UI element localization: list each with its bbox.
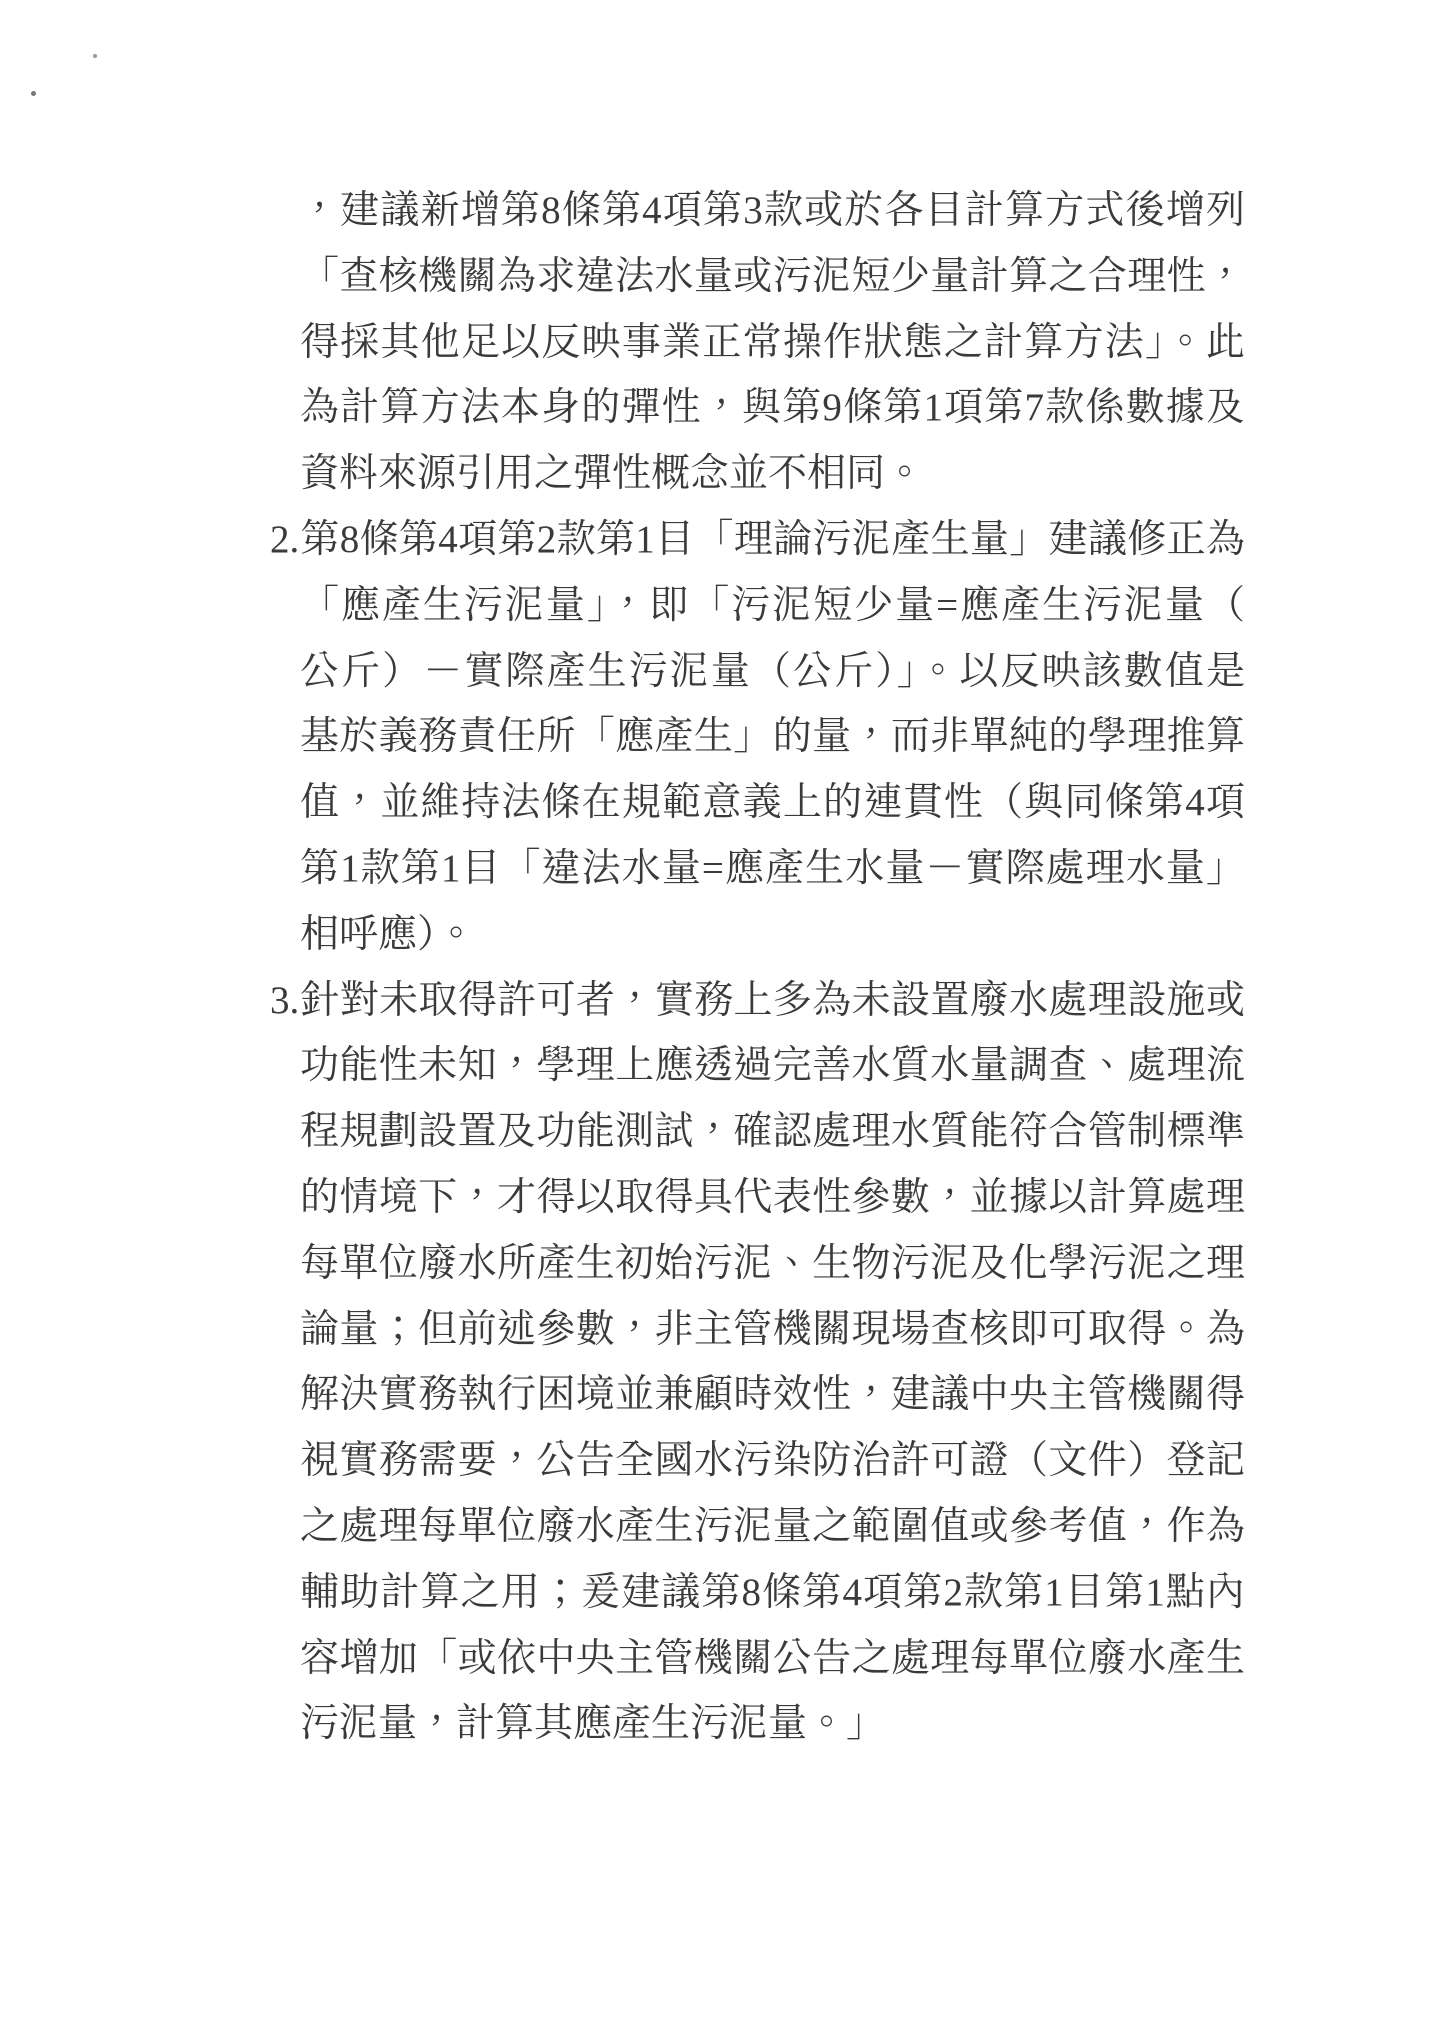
text-line: 解決實務執行困境並兼顧時效性，建議中央主管機關得 — [300, 1362, 1245, 1428]
text-line: 污泥量，計算其應產生污泥量。」 — [300, 1691, 1245, 1757]
text-line-content: 第8條第4項第2款第1目「理論污泥產生量」建議修正為 — [300, 518, 1245, 561]
text-line: 基於義務責任所「應產生」的量，而非單純的學理推算 — [300, 704, 1245, 770]
document-text-block: ，建議新增第8條第4項第3款或於各目計算方式後增列 「查核機關為求違法水量或污泥… — [300, 178, 1245, 1757]
text-line: 第1款第1目「違法水量=應產生水量－實際處理水量」 — [300, 836, 1245, 902]
text-line: 輔助計算之用；爰建議第8條第4項第2款第1目第1點內 — [300, 1560, 1245, 1626]
text-line: 每單位廢水所產生初始污泥、生物污泥及化學污泥之理 — [300, 1231, 1245, 1297]
scanned-page: ，建議新增第8條第4項第3款或於各目計算方式後增列 「查核機關為求違法水量或污泥… — [0, 0, 1440, 2037]
text-line: 值，並維持法條在規範意義上的連貫性（與同條第4項 — [300, 770, 1245, 836]
text-line: 公斤）－實際產生污泥量（公斤）」。以反映該數值是 — [300, 639, 1245, 705]
paragraph-3: 3.針對未取得許可者，實務上多為未設置廢水處理設施或 功能性未知，學理上應透過完… — [300, 968, 1245, 1758]
text-line: 論量；但前述參數，非主管機關現場查核即可取得。為 — [300, 1297, 1245, 1363]
text-line: 的情境下，才得以取得具代表性參數，並據以計算處理 — [300, 1165, 1245, 1231]
text-line: 「應產生污泥量」，即「污泥短少量=應產生污泥量（ — [300, 573, 1245, 639]
text-line: 功能性未知，學理上應透過完善水質水量調查、處理流 — [300, 1033, 1245, 1099]
text-line: 資料來源引用之彈性概念並不相同。 — [300, 441, 1245, 507]
scan-speckle-icon — [93, 54, 97, 58]
text-line: 「查核機關為求違法水量或污泥短少量計算之合理性， — [300, 244, 1245, 310]
text-line: 容增加「或依中央主管機關公告之處理每單位廢水產生 — [300, 1626, 1245, 1692]
text-line: 視實務需要，公告全國水污染防治許可證（文件）登記 — [300, 1428, 1245, 1494]
paragraph-1-continuation: ，建議新增第8條第4項第3款或於各目計算方式後增列 「查核機關為求違法水量或污泥… — [300, 178, 1245, 507]
list-number: 2. — [270, 507, 300, 573]
scan-speckle-icon — [31, 91, 36, 96]
text-line-content: 針對未取得許可者，實務上多為未設置廢水處理設施或 — [300, 979, 1245, 1022]
list-number: 3. — [270, 968, 300, 1034]
text-line: 之處理每單位廢水產生污泥量之範圍值或參考值，作為 — [300, 1494, 1245, 1560]
text-line: ，建議新增第8條第4項第3款或於各目計算方式後增列 — [300, 178, 1245, 244]
text-line: 相呼應）。 — [300, 902, 1245, 968]
text-line: 3.針對未取得許可者，實務上多為未設置廢水處理設施或 — [270, 968, 1245, 1034]
text-line: 2.第8條第4項第2款第1目「理論污泥產生量」建議修正為 — [270, 507, 1245, 573]
text-line: 得採其他足以反映事業正常操作狀態之計算方法」。此 — [300, 310, 1245, 376]
text-line: 為計算方法本身的彈性，與第9條第1項第7款係數據及 — [300, 375, 1245, 441]
paragraph-2: 2.第8條第4項第2款第1目「理論污泥產生量」建議修正為 「應產生污泥量」，即「… — [300, 507, 1245, 968]
text-line: 程規劃設置及功能測試，確認處理水質能符合管制標準 — [300, 1099, 1245, 1165]
